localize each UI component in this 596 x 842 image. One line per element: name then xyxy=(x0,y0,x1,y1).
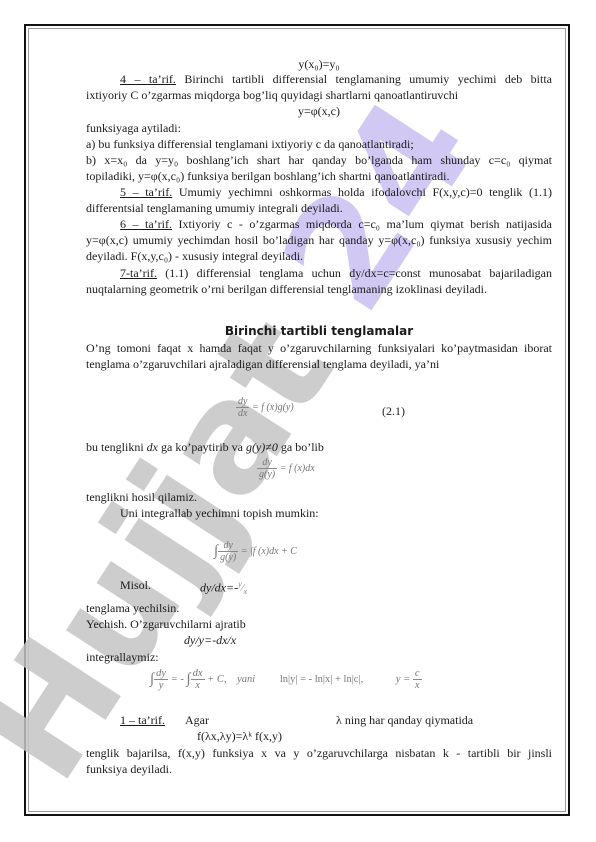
eq-rhs: = ∫f (x)dx + C xyxy=(241,546,297,557)
text-italic: g(y)≠0 xyxy=(246,440,278,454)
definition-5-text: Umumiy yechimni oshkormas holda ifodalov… xyxy=(179,185,552,199)
example-line: tenglama yechilsin. xyxy=(86,601,552,615)
definition-4-text: Birinchi tartibli differensial tenglaman… xyxy=(184,72,552,86)
eq-denominator: g(y) xyxy=(257,469,277,480)
definition-7-line-1: 7-ta’rif. (1.1) differensial tenglama uc… xyxy=(86,266,552,280)
text: ga bo’lib xyxy=(281,440,324,454)
eq-text: ln|y| = - ln|x| + ln|c|, xyxy=(280,674,363,685)
definition-1-agar: Agar xyxy=(185,713,225,727)
condition-b-line-2: topiladiki, y=φ(x,c₀) funksiya berilgan … xyxy=(86,169,552,183)
eq-numerator: c xyxy=(413,668,422,680)
eq-denominator: dx xyxy=(236,408,249,419)
eq-numerator: dx xyxy=(191,668,205,680)
final-integral-equation: ∫dyy = - ∫dxx + C, yani ln|y| = - ln|x| … xyxy=(150,668,422,691)
separated-equation: dyg(y) = f (x)dx xyxy=(257,457,315,480)
section-heading: Birinchi tartibli tenglamalar xyxy=(86,324,552,338)
definition-6-line-3: deyiladi. F(x,y,c₀) - xususiy integral d… xyxy=(86,249,552,263)
eq-text: + C, xyxy=(207,674,226,685)
definition-4-line-2: ixtiyoriy C o’zgarmas miqdorga bog’liq q… xyxy=(86,88,552,102)
definition-6-label: 6 – ta’rif. xyxy=(86,217,172,231)
integrallaymiz-line: integrallaymiz: xyxy=(86,650,552,664)
eq-text: y = xyxy=(396,674,410,685)
eq-numerator: dy xyxy=(218,540,238,552)
separated-example: dy/y=-dx/x xyxy=(184,633,304,647)
definition-4-line-3: funksiyaga aytiladi: xyxy=(86,121,552,135)
condition-a: a) bu funksiya differensial tenglamani i… xyxy=(86,137,552,151)
example-label: Misol. xyxy=(120,578,160,592)
definition-5-line-2: differentsial tenglamaning umumiy integr… xyxy=(86,201,552,215)
eq-denominator: x xyxy=(243,587,247,596)
condition-b-line-1: b) x=x₀ da y=y₀ boshlang’ich shart har q… xyxy=(86,153,552,167)
definition-6-text: Ixtiyoriy c - o’zgarmas miqdorda c=c₀ ma… xyxy=(179,217,552,231)
definition-6-line-2: y=φ(x,c) umumiy yechimdan hosil bo’ladig… xyxy=(86,233,552,247)
definition-1-lambda: λ ning har qanday qiymatida xyxy=(336,713,536,727)
definition-5-line-1: 5 – ta’rif. Umumiy yechimni oshkormas ho… xyxy=(86,185,552,199)
definition-7-line-2: nuqtalarning geometrik o’rni berilgan di… xyxy=(86,282,552,296)
eq-numerator: y xyxy=(238,580,242,589)
eq-numerator: dy xyxy=(257,457,277,469)
eq-text: yani xyxy=(237,674,255,685)
intro-line-1: O’ng tomoni faqat x hamda faqat y o’zgar… xyxy=(86,341,552,355)
integral-equation: ∫dyg(y) = ∫f (x)dx + C xyxy=(214,540,297,563)
definition-4-formula: y=φ(x,c) xyxy=(86,104,552,118)
definition-1-formula: f(λx,λy)=λᵏ f(x,y) xyxy=(197,729,347,743)
eq-numerator: dy xyxy=(236,396,249,408)
text: bu tenglikni xyxy=(86,440,144,454)
definition-1-line-2: funksiya deyiladi. xyxy=(86,762,552,776)
solution-line: Yechish. O’zgaruvchilarni ajratib xyxy=(86,617,552,631)
hosil-line: tenglikni hosil qilamiz. xyxy=(86,490,552,504)
definition-1-label: 1 – ta’rif. xyxy=(120,713,180,727)
equation-2-1: dydx = f (x)g(y) xyxy=(236,396,294,419)
eq-denominator: g(y) xyxy=(218,552,238,563)
eq-rhs: = f (x)g(y) xyxy=(252,402,294,413)
eq-numerator: dy xyxy=(154,668,168,680)
definition-7-label: 7-ta’rif. xyxy=(86,266,157,280)
definition-4-label: 4 – ta’rif. xyxy=(86,72,176,86)
label: 1 – ta’rif. xyxy=(120,713,165,727)
intro-line-2: tenglama o’zgaruvchilari ajraladigan dif… xyxy=(86,357,552,371)
eq-denominator: y xyxy=(154,680,168,691)
text-italic: dy/dx=- xyxy=(200,580,238,594)
definition-6-line-1: 6 – ta’rif. Ixtiyoriy c - o’zgarmas miqd… xyxy=(86,217,552,231)
definition-5-label: 5 – ta’rif. xyxy=(86,185,172,199)
eq-denominator: x xyxy=(413,680,422,691)
definition-7-text: (1.1) differensial tenglama uchun dy/dx=… xyxy=(165,266,552,280)
text-italic: dx xyxy=(147,440,158,454)
multiply-line: bu tenglikni dx ga ko’paytirib va g(y)≠0… xyxy=(86,440,552,454)
integrate-line: Uni integrallab yechimni topish mumkin: xyxy=(120,506,586,520)
eq-denominator: x xyxy=(191,680,205,691)
definition-1-line-1: tenglik bajarilsa, f(x,y) funksiya x va … xyxy=(86,746,552,760)
definition-4-line-1: 4 – ta’rif. Birinchi tartibli differensi… xyxy=(86,72,552,86)
equation-label: (2.1) xyxy=(382,404,442,418)
eq-text: = - xyxy=(171,674,184,685)
example-equation: dy/dx=-y⁄x xyxy=(200,578,300,599)
eq-rhs: = f (x)dx xyxy=(280,463,315,474)
initial-condition: y(x₀)=y₀ xyxy=(86,57,552,71)
text: ga ko’paytirib va xyxy=(161,440,243,454)
